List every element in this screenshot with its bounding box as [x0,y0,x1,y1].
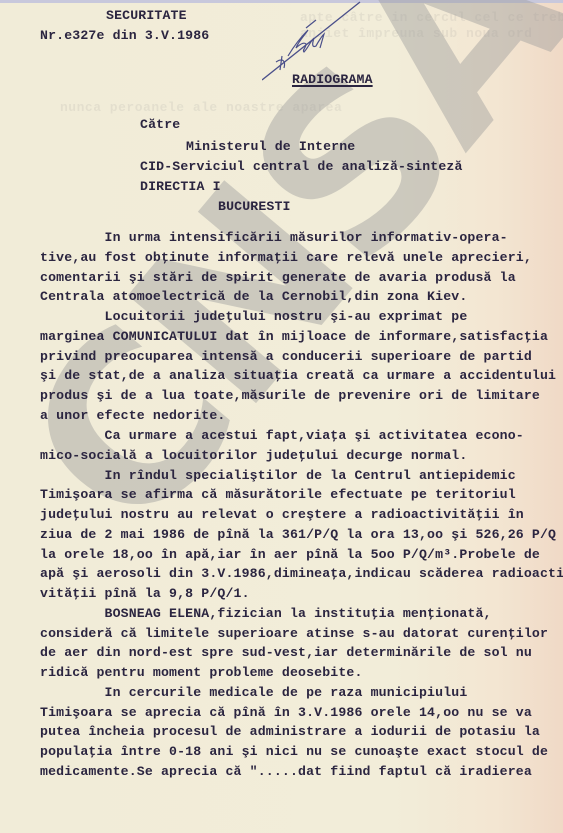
reference-number: Nr.e327e din 3.V.1986 [40,28,209,43]
body-text-line: privind preocuparea intensă a conducerii… [40,349,532,364]
body-text-line: In rîndul specialiştilor de la Centrul a… [40,468,516,483]
body-text-line: consideră că limitele superioare atinse … [40,626,548,641]
body-text-line: Timişoara se aprecia că pînă în 3.V.1986… [40,705,532,720]
body-text-line: Locuitorii judeţului nostru şi-au exprim… [40,309,467,324]
body-text-line: BOSNEAG ELENA,fizician la instituţia men… [40,606,492,621]
body-text-line: comentarii şi stări de spirit generate d… [40,270,516,285]
body-text-line: de aer din nord-est spre sud-vest,iar de… [40,645,532,660]
addressee-line: BUCURESTI [218,199,291,214]
body-text-line: Centrala atomoelectrică de la Cernobil,d… [40,289,467,304]
addressee-line: CID-Serviciul central de analiză-sinteză [140,159,463,174]
addressee-line: DIRECTIA I [140,179,221,194]
body-text-line: marginea COMUNICATULUI dat în mijloace d… [40,329,548,344]
body-text-line: vităţii pînă la 9,8 P/Q/1. [40,586,250,601]
body-text-line: In cercurile medicale de pe raza municip… [40,685,467,700]
body-text-line: putea încheia procesul de administrare a… [40,724,540,739]
body-text-line: mico-socială a locuitorilor judeţului de… [40,448,467,463]
addressee-label: Către [140,117,180,132]
body-text-line: ridică pentru moment probleme deosebite. [40,665,363,680]
body-text-line: medicamente.Se aprecia că ".....dat fiin… [40,764,532,779]
body-text-line: şi de stat,de a analiza situaţia creată … [40,368,556,383]
addressee-line: Ministerul de Interne [186,139,355,154]
body-text-line: populaţia între 0-18 ani şi nici nu se c… [40,744,548,759]
body-text-line: a unor efecte nedorite. [40,408,225,423]
body-text-line: In urma intensificării măsurilor informa… [40,230,508,245]
body-text-line: apă şi aerosoli din 3.V.1986,dimineaţa,i… [40,566,563,581]
body-text-line: ziua de 2 mai 1986 de pînă la 361/P/Q la… [40,527,556,542]
institution-header: SECURITATE [106,8,187,23]
body-text-line: Timişoara se afirma că măsurătorile efec… [40,487,516,502]
radiogram-document: SECURITATE Nr.e327e din 3.V.1986 RADIOGR… [0,0,563,833]
body-text-line: la orele 18,oo în apă,iar în aer pînă la… [40,547,540,562]
body-text-line: tive,au fost obţinute informaţii care re… [40,250,532,265]
body-text-line: produs şi de a lua toate,măsurile de pre… [40,388,540,403]
handwritten-annotation [262,0,372,82]
body-text-line: judeţului nostru au relevat o creştere a… [40,507,524,522]
document-type-title: RADIOGRAMA [292,72,373,87]
body-text-line: Ca urmare a acestui fapt,viaţa şi activi… [40,428,524,443]
